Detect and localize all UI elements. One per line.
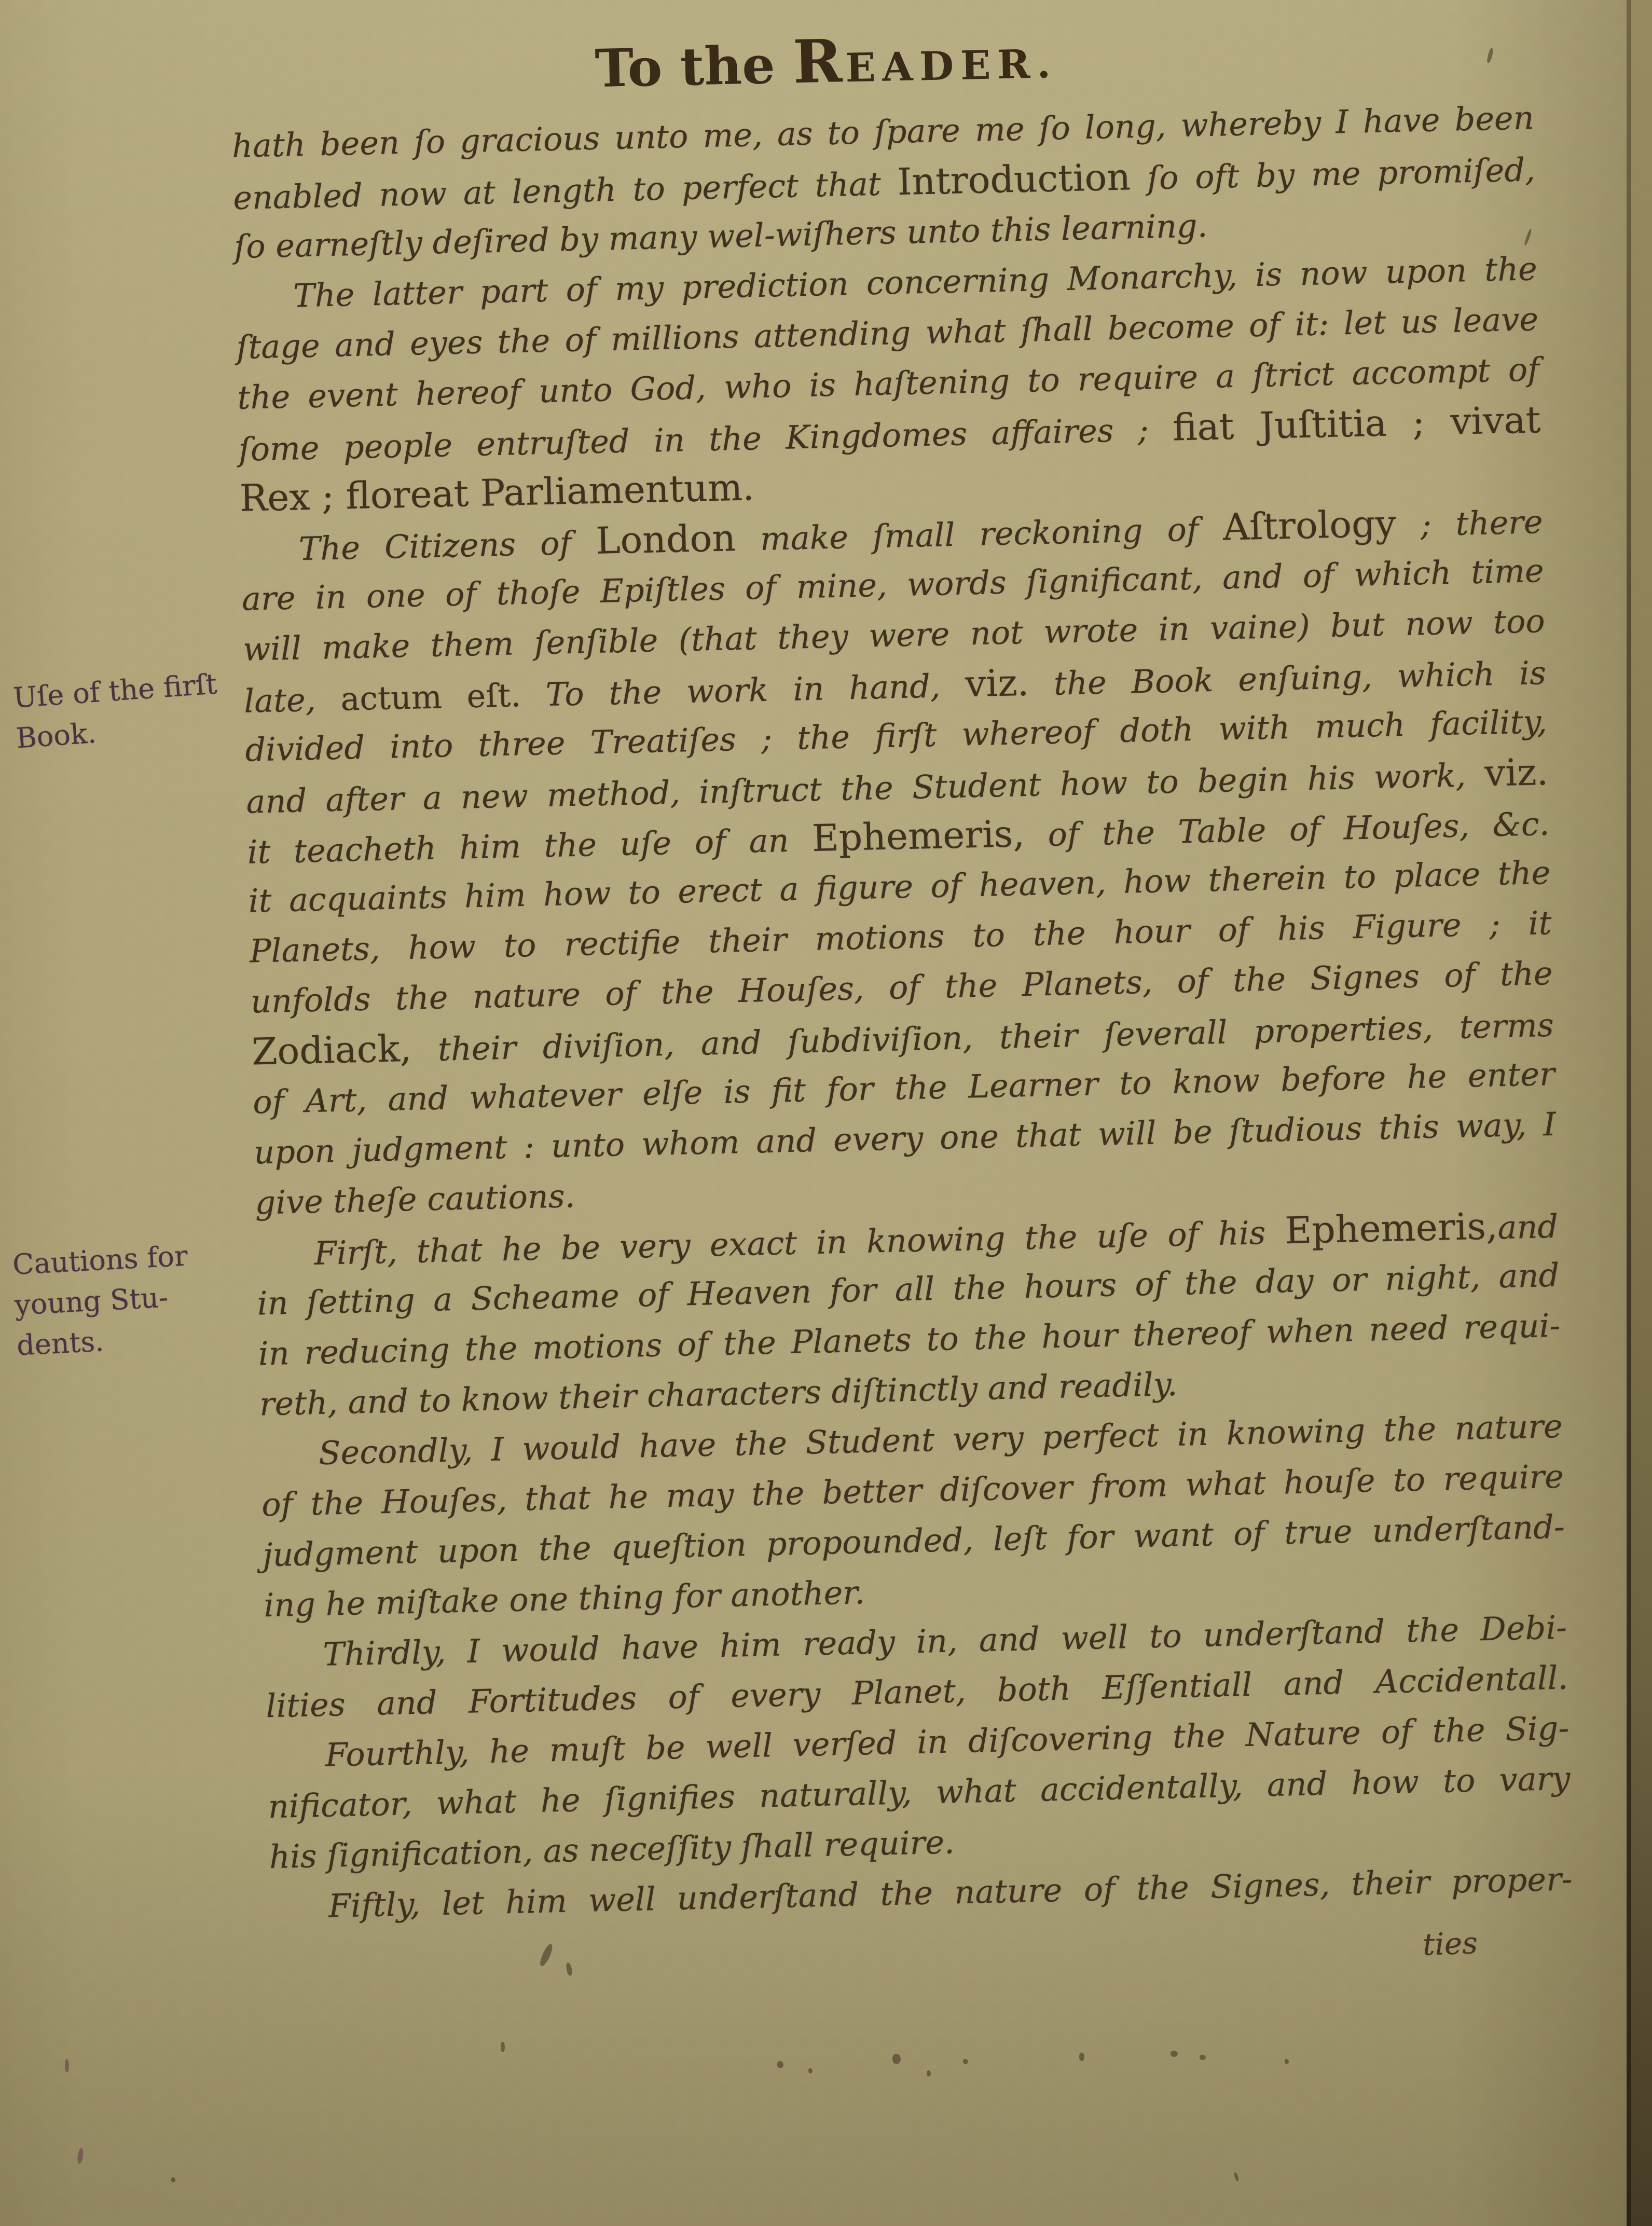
ink-speck xyxy=(65,2059,69,2072)
margin-note-use-of-first-book: Uſe of the firſtBook. xyxy=(12,663,235,759)
ink-speck xyxy=(566,1962,573,1976)
text-segment: Ephemeris, xyxy=(811,812,1025,860)
text-segment: of the Table of Houſes, &c. xyxy=(1024,805,1550,854)
ink-speck xyxy=(1234,2172,1239,2182)
ink-speck xyxy=(1079,2053,1084,2061)
page-title-segment: To the xyxy=(595,34,794,100)
text-segment: actum eſt. xyxy=(340,676,521,718)
ink-speck xyxy=(1171,2051,1178,2057)
text-segment: ſo oft by me promiſed, xyxy=(1130,150,1535,197)
ink-speck xyxy=(777,2061,783,2068)
text-segment: his ſignification, as neceſſity ſhall re… xyxy=(269,1823,955,1876)
page-edge-line xyxy=(1627,0,1631,2226)
ink-speck xyxy=(963,2059,968,2064)
page-edge-shadow xyxy=(1630,0,1652,2226)
text-segment: Rex ; floreat Parliamentum. xyxy=(239,465,754,520)
text-segment: Zodiack, xyxy=(251,1027,412,1074)
ink-speck xyxy=(927,2070,931,2077)
ink-speck xyxy=(538,1943,555,1968)
ink-speck xyxy=(892,2054,901,2064)
text-segment: it teacheth him the uſe of an xyxy=(247,821,813,871)
text-block: hath been ſo gracious unto me, as to ſpa… xyxy=(231,92,1573,1932)
page-title-segment: EADER. xyxy=(845,41,1057,91)
text-segment: Ephemeris, xyxy=(1285,1204,1498,1252)
page-title-segment: R xyxy=(792,26,846,97)
text-segment: give theſe cautions. xyxy=(255,1177,575,1221)
margin-note-cautions: Cautions foryoung Stu-dents. xyxy=(11,1233,236,1366)
ink-speck xyxy=(76,2148,84,2164)
text-segment: To the work in hand, xyxy=(520,666,966,714)
text-segment: make ſmall reckoning of xyxy=(735,510,1223,558)
text-segment: The Citizens of xyxy=(298,524,596,568)
text-segment: fiat Juſtitia ; vivat xyxy=(1172,398,1541,449)
text-segment: Aſtrology xyxy=(1222,502,1397,548)
catchword: ties xyxy=(1422,1925,1478,1962)
text-segment: viz. xyxy=(1484,750,1549,795)
text-segment: Introduction xyxy=(897,155,1131,203)
ink-speck xyxy=(1285,2059,1289,2064)
ink-speck xyxy=(1200,2055,1206,2060)
ink-speck xyxy=(808,2068,813,2073)
text-segment: viz. xyxy=(965,661,1029,706)
text-segment: late, xyxy=(244,680,341,720)
text-segment: ; there xyxy=(1396,503,1543,544)
text-segment: the Book enſuing, which is xyxy=(1028,654,1546,703)
text-segment: London xyxy=(595,516,736,562)
text-segment: and xyxy=(1497,1207,1559,1247)
text-segment: ing he miſtake one thing for another. xyxy=(264,1573,865,1624)
ink-speck xyxy=(501,2042,505,2052)
book-page: To the READER. Uſe of the firſtBook. Cau… xyxy=(0,0,1652,2226)
ink-speck xyxy=(171,2177,175,2182)
